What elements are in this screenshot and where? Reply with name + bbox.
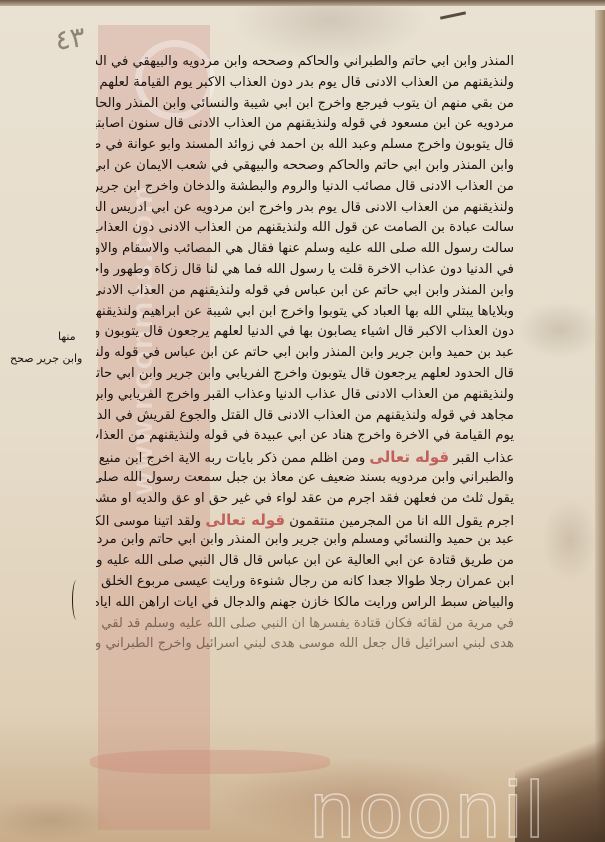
manuscript-page: www.noonmss.com ٤٣ منها وابن جرير صحح ال…: [0, 0, 605, 842]
folio-number: ٤٣: [53, 20, 87, 57]
text-line: ولنذيقنهم من العذاب الادنى قال يوم بدر و…: [96, 198, 514, 219]
watermark-bottom-text: noonil: [310, 775, 548, 842]
text-line: قال يتوبون واخرج مسلم وعبد الله بن احمد …: [96, 135, 514, 156]
text-line: ولنذيقنهم من العذاب الادنى قال يوم بدر د…: [96, 73, 514, 94]
text-line: يوم القيامة في الاخرة واخرج هناد عن ابي …: [96, 426, 514, 447]
text-line: سالت رسول الله صلى الله عليه وسلم عنها ف…: [96, 239, 514, 260]
margin-note: وابن جرير صحح: [10, 352, 82, 365]
text-line: مجاهد في قوله ولنذيقنهم من العذاب الادنى…: [96, 406, 514, 427]
text-line: في الدنيا دون عذاب الاخرة قلت يا رسول ال…: [96, 260, 514, 281]
text-line: من بقي منهم ان يتوب فيرجع واخرج ابن ابي …: [96, 94, 514, 115]
text-line: مردويه عن ابن مسعود في قوله ولنذيقنهم من…: [96, 114, 514, 135]
text-line: من العذاب الادنى قال مصائب الدنيا والروم…: [96, 177, 514, 198]
text-line: وابن المنذر وابن ابي حاتم والحاكم وصححه …: [96, 156, 514, 177]
text-line: وابن المنذر وابن ابي حاتم عن ابن عباس في…: [96, 281, 514, 302]
text-segment: اجرم يقول الله انا من المجرمين منتقمون: [289, 514, 514, 529]
rubric-heading: قوله تعالى: [205, 511, 285, 529]
text-line: عبد بن حميد والنسائي ومسلم وابن جرير واب…: [96, 530, 514, 551]
text-line: عبد بن حميد وابن جرير وابن المنذر وابن ا…: [96, 343, 514, 364]
margin-bracket-mark: [72, 580, 81, 620]
pen-mark: [440, 11, 466, 19]
text-segment: ولقد اتينا موسى الكتاب الاية اخرج: [96, 514, 201, 529]
text-line-with-rubric: عذاب القبر قوله تعالى ومن اظلم ممن ذكر ب…: [96, 447, 514, 468]
text-line: والبياض سبط الراس ورايت مالكا خازن جهنم …: [96, 593, 514, 614]
text-segment: عذاب القبر: [453, 451, 514, 466]
text-line: والطبراني وابن مردويه بسند ضعيف عن معاذ …: [96, 468, 514, 489]
text-line: يقول ثلث من فعلهن فقد اجرم من عقد لواء ف…: [96, 489, 514, 510]
text-line: سالت عبادة بن الصامت عن قول الله ولنذيقن…: [96, 218, 514, 239]
text-line: قال الحدود لعلهم يرجعون قال يتوبون واخرج…: [96, 364, 514, 385]
text-line: هدى لبني اسرائيل قال جعل الله موسى هدى ل…: [96, 634, 514, 655]
rubric-heading: قوله تعالى: [369, 448, 449, 466]
text-line-with-rubric: اجرم يقول الله انا من المجرمين منتقمون ق…: [96, 510, 514, 531]
text-line: ولنذيقنهم من العذاب الادنى قال عذاب الدن…: [96, 385, 514, 406]
text-line: دون العذاب الاكبر قال اشياء يصابون بها ف…: [96, 322, 514, 343]
text-line: من طريق قتادة عن ابي العالية عن ابن عباس…: [96, 551, 514, 572]
text-segment: ومن اظلم ممن ذكر بايات ربه الاية اخرج اب…: [96, 451, 365, 466]
manuscript-text-block: المنذر وابن ابي حاتم والطبراني والحاكم و…: [96, 52, 514, 655]
page-top-edge: [0, 0, 605, 6]
text-line: وبلاياها يبتلي الله بها العباد كي يتوبوا…: [96, 302, 514, 323]
text-line: المنذر وابن ابي حاتم والطبراني والحاكم و…: [96, 52, 514, 73]
margin-note: منها: [58, 330, 76, 343]
text-line: في مرية من لقائه فكان قتادة يفسرها ان ال…: [96, 614, 514, 635]
text-line: ابن عمران رجلا طوالا جعدا كانه من رجال ش…: [96, 572, 514, 593]
